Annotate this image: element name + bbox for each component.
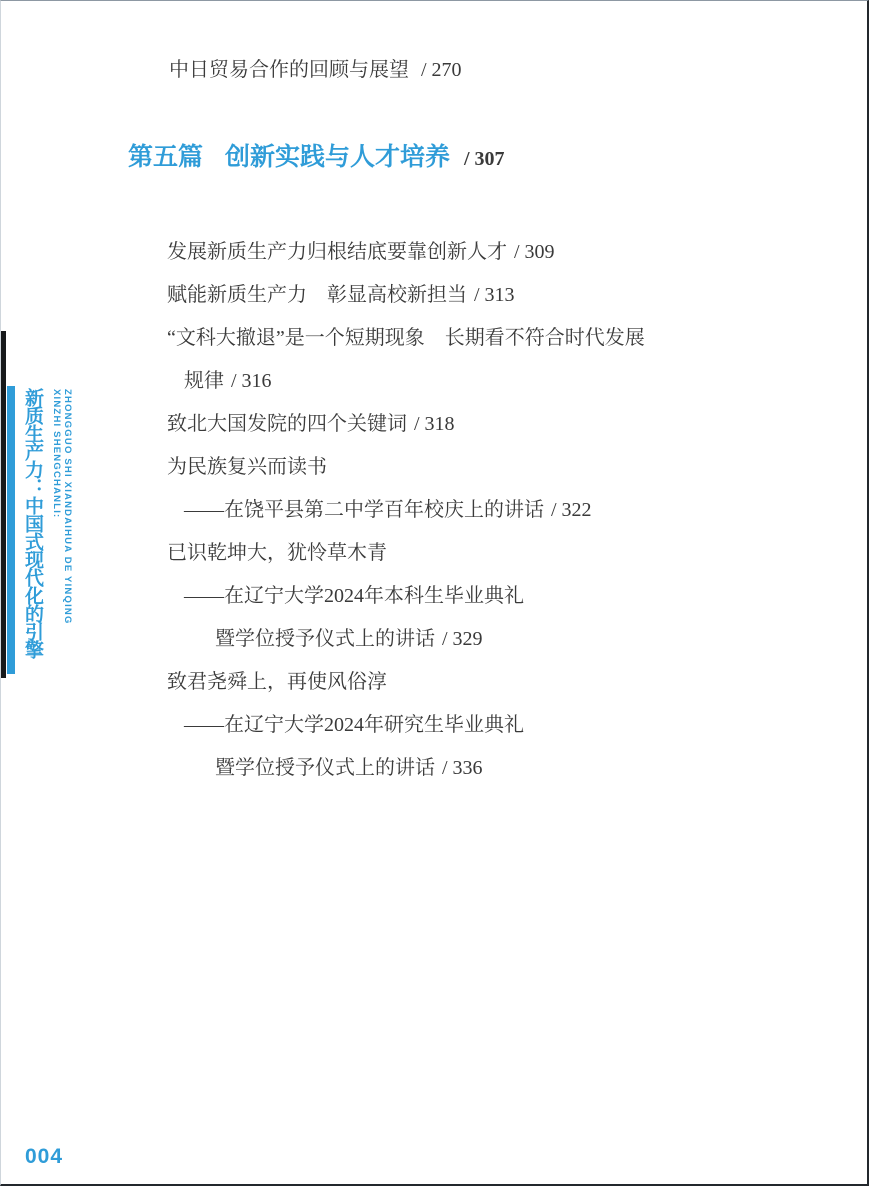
toc-line[interactable]: 暨学位授予仪式上的讲话/ 336: [167, 747, 817, 790]
toc-line-text: 规律: [184, 370, 224, 392]
section-label: 第五篇: [128, 143, 203, 171]
spine-title-chinese: 新质生产力：中国式现代化的引擎: [19, 388, 46, 658]
pinyin-line: ZHONGGUO SHI XIANDAIHUA DE YINQING: [62, 389, 73, 664]
toc-line-text: ——在辽宁大学2024年研究生毕业典礼: [184, 714, 524, 736]
toc-line-text: 已识乾坤大，犹怜草木青: [167, 542, 387, 564]
toc-line[interactable]: 规律/ 316: [167, 360, 817, 403]
section-header[interactable]: 第五篇创新实践与人才培养 / 307: [128, 141, 505, 175]
toc-line-text: ——在饶平县第二中学百年校庆上的讲话: [184, 499, 544, 521]
toc-line-text: 致北大国发院的四个关键词: [167, 413, 407, 435]
toc-page-number: / 316: [231, 370, 272, 392]
toc-page-number: / 318: [414, 413, 455, 435]
toc-entry-carryover[interactable]: 中日贸易合作的回顾与展望 / 270: [169, 57, 462, 84]
toc-page-number: / 336: [442, 757, 483, 779]
toc-line[interactable]: 已识乾坤大，犹怜草木青: [167, 532, 817, 575]
toc-line[interactable]: “文科大撤退”是一个短期现象 长期看不符合时代发展: [167, 317, 817, 360]
toc-line-text: ——在辽宁大学2024年本科生毕业典礼: [184, 585, 524, 607]
toc-list: 发展新质生产力归根结底要靠创新人才/ 309赋能新质生产力 彰显高校新担当/ 3…: [167, 231, 817, 790]
toc-line[interactable]: ——在饶平县第二中学百年校庆上的讲话/ 322: [167, 489, 817, 532]
section-title: 创新实践与人才培养: [225, 143, 450, 171]
spine-edge-bar: [1, 331, 6, 678]
toc-line[interactable]: 致北大国发院的四个关键词/ 318: [167, 403, 817, 446]
toc-line[interactable]: 为民族复兴而读书: [167, 446, 817, 489]
section-page-number: / 307: [464, 148, 505, 170]
spine-title-pinyin: XINZHI SHENGCHANLI: ZHONGGUO SHI XIANDAI…: [51, 389, 73, 664]
toc-page-number: / 329: [442, 628, 483, 650]
spine-accent-bar: [7, 386, 15, 674]
toc-line-text: 致君尧舜上，再使风俗淳: [167, 671, 387, 693]
toc-line[interactable]: ——在辽宁大学2024年本科生毕业典礼: [167, 575, 817, 618]
toc-line-text: 暨学位授予仪式上的讲话: [215, 628, 435, 650]
toc-line-text: 暨学位授予仪式上的讲话: [215, 757, 435, 779]
pinyin-line: XINZHI SHENGCHANLI:: [51, 389, 62, 664]
toc-line-text: 赋能新质生产力 彰显高校新担当: [167, 284, 467, 306]
toc-line-text: 发展新质生产力归根结底要靠创新人才: [167, 241, 507, 263]
toc-page-number: / 270: [421, 59, 462, 81]
toc-page-number: / 313: [474, 284, 515, 306]
toc-page-number: / 322: [551, 499, 592, 521]
toc-line[interactable]: 赋能新质生产力 彰显高校新担当/ 313: [167, 274, 817, 317]
toc-line[interactable]: 发展新质生产力归根结底要靠创新人才/ 309: [167, 231, 817, 274]
toc-line[interactable]: 致君尧舜上，再使风俗淳: [167, 661, 817, 704]
toc-line-text: “文科大撤退”是一个短期现象 长期看不符合时代发展: [167, 327, 645, 349]
page-number: 004: [25, 1145, 63, 1169]
toc-line[interactable]: 暨学位授予仪式上的讲话/ 329: [167, 618, 817, 661]
toc-line-text: 为民族复兴而读书: [167, 456, 327, 478]
toc-page: 新质生产力：中国式现代化的引擎 XINZHI SHENGCHANLI: ZHON…: [0, 0, 869, 1186]
toc-line-text: 中日贸易合作的回顾与展望: [169, 59, 409, 81]
toc-line[interactable]: ——在辽宁大学2024年研究生毕业典礼: [167, 704, 817, 747]
toc-page-number: / 309: [514, 241, 555, 263]
